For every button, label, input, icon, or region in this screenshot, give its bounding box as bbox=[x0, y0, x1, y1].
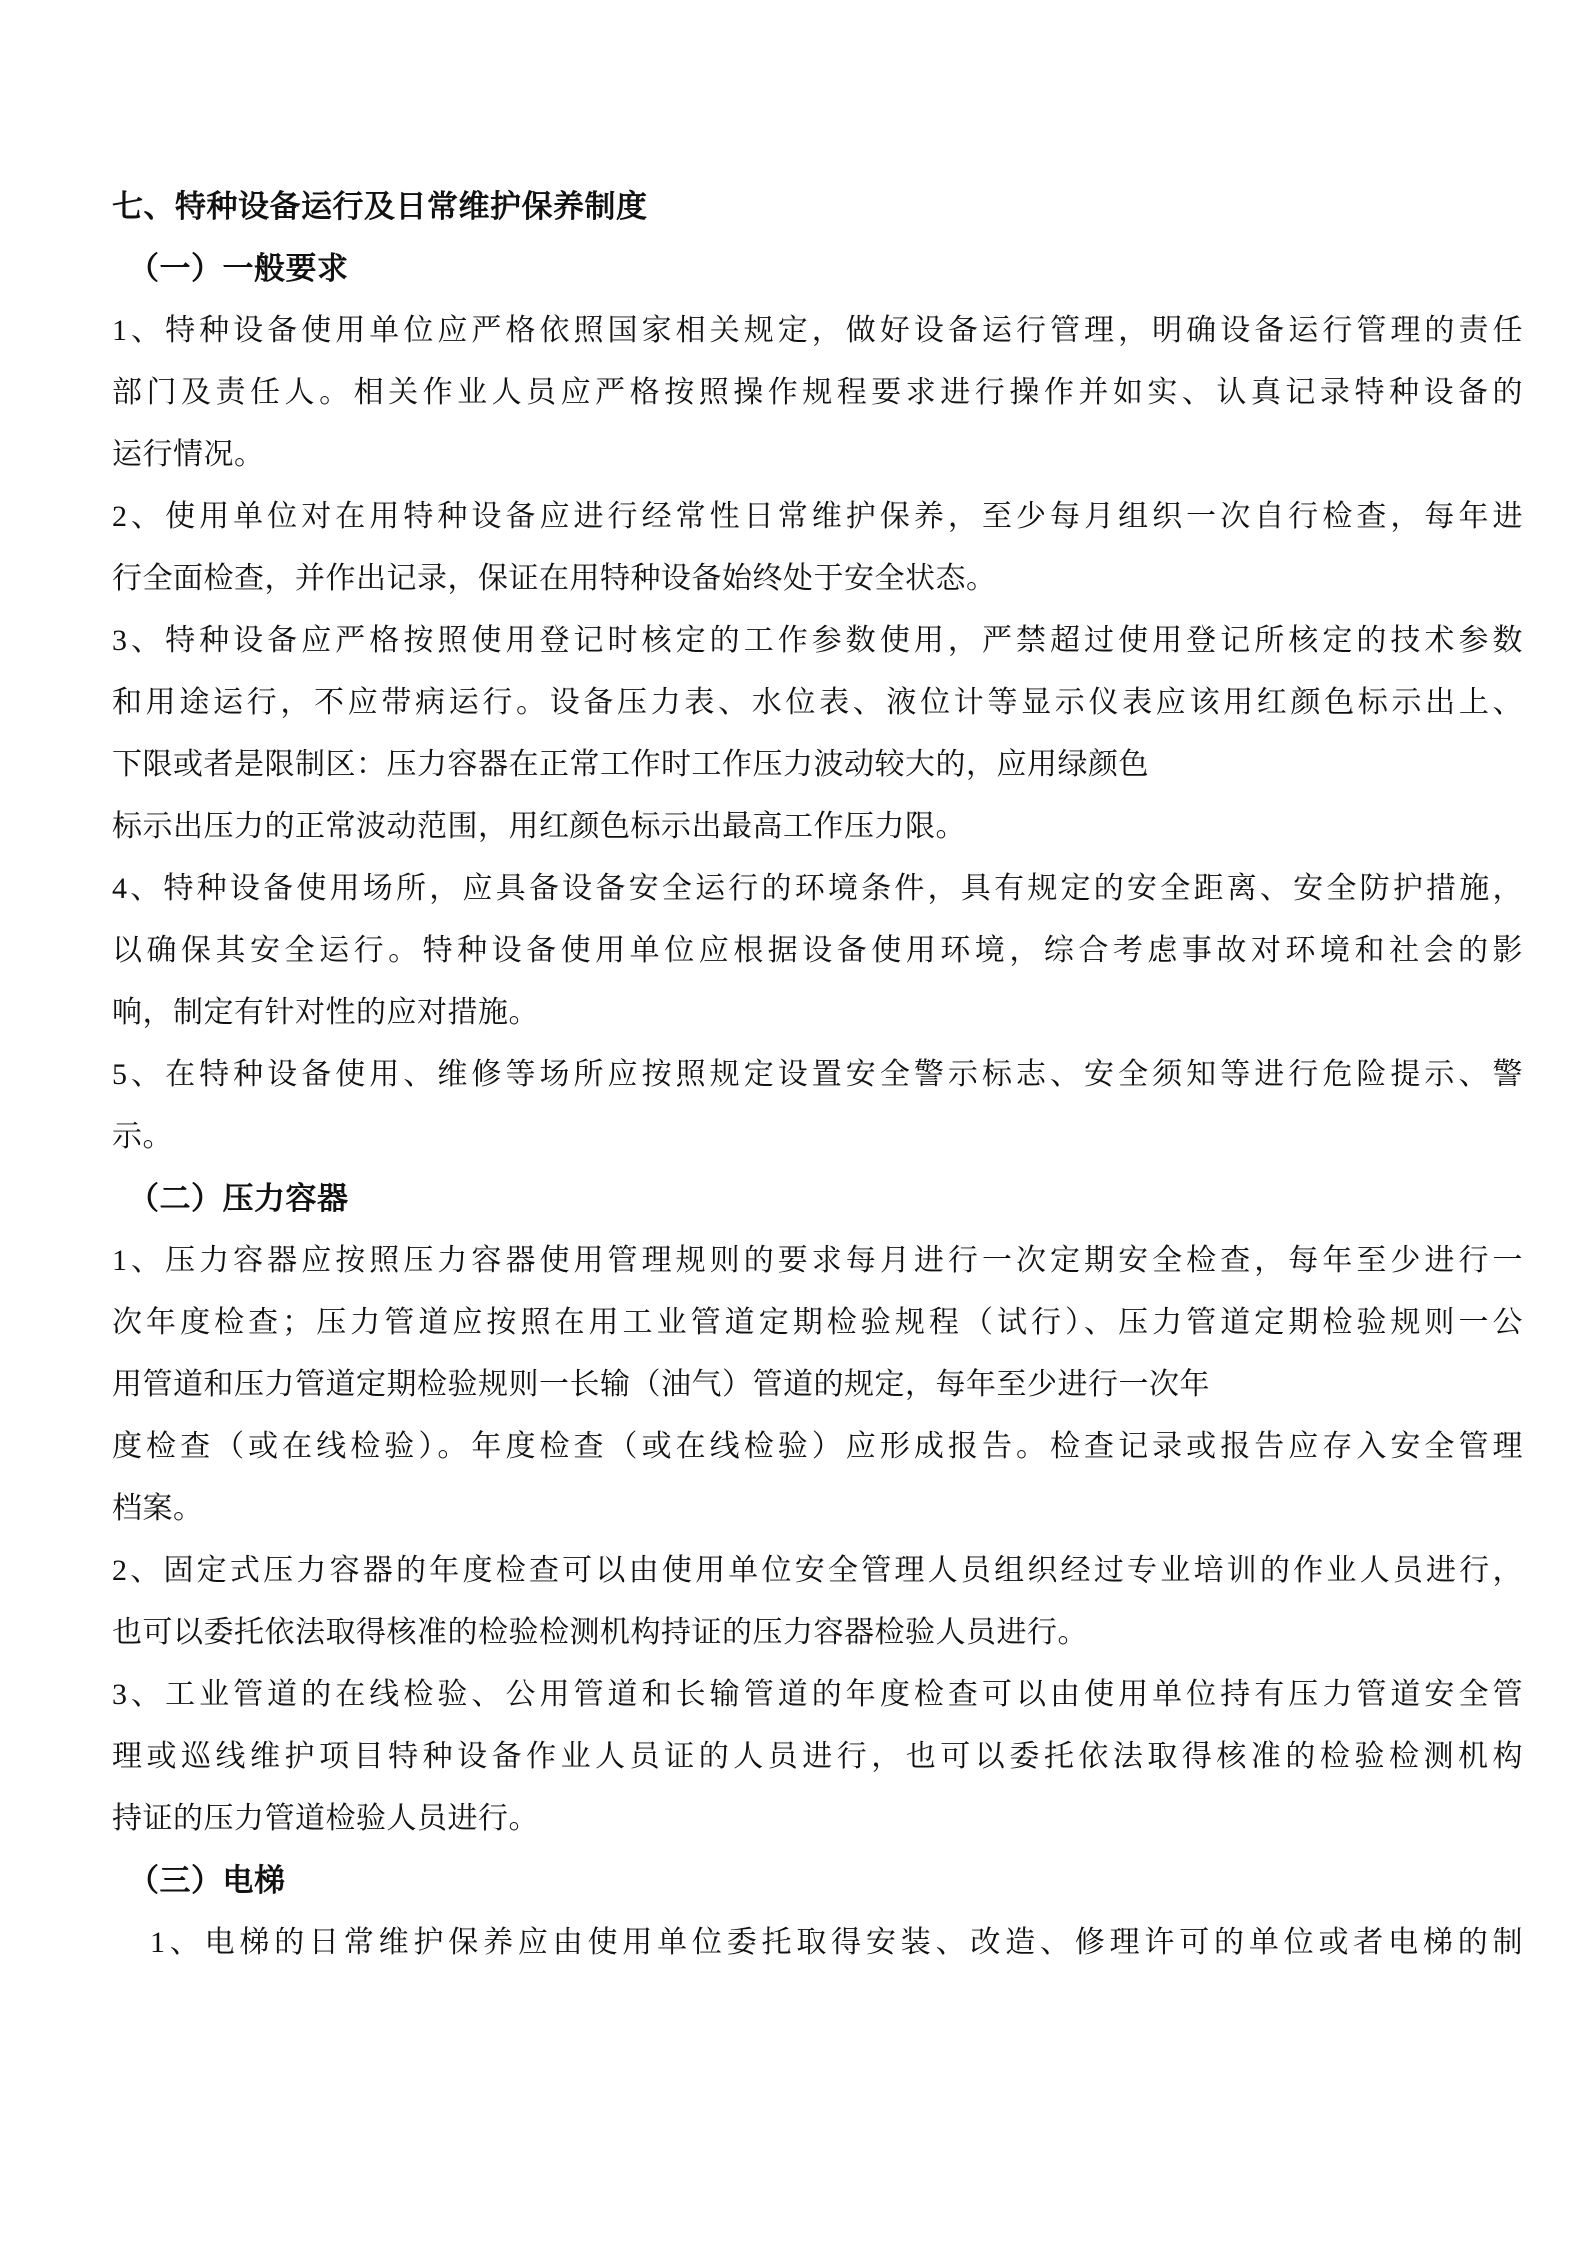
document-sections: （一）一般要求1、特种设备使用单位应严格依照国家相关规定，做好设备运行管理，明确… bbox=[112, 238, 1523, 1974]
paragraph-line: 也可以委托依法取得核准的检验检测机构持证的压力容器检验人员进行。 bbox=[112, 1602, 1523, 1664]
paragraph-line: 以确保其安全运行。特种设备使用单位应根据设备使用环境，综合考虑事故对环境和社会的… bbox=[112, 920, 1523, 982]
paragraph-line: 和用途运行，不应带病运行。设备压力表、水位表、液位计等显示仪表应该用红颜色标示出… bbox=[112, 672, 1523, 734]
paragraph-line: 行全面检查，并作出记录，保证在用特种设备始终处于安全状态。 bbox=[112, 548, 1523, 610]
paragraph-line: 1、压力容器应按照压力容器使用管理规则的要求每月进行一次定期安全检查，每年至少进… bbox=[112, 1230, 1523, 1292]
section-heading: （一）一般要求 bbox=[112, 238, 1523, 300]
paragraph-line: 2、固定式压力容器的年度检查可以由使用单位安全管理人员组织经过专业培训的作业人员… bbox=[112, 1540, 1523, 1602]
section-heading: （三）电梯 bbox=[112, 1850, 1523, 1912]
paragraph-line: 1、特种设备使用单位应严格依照国家相关规定，做好设备运行管理，明确设备运行管理的… bbox=[112, 300, 1523, 362]
paragraph-line: 度检查（或在线检验）。年度检查（或在线检验）应形成报告。检查记录或报告应存入安全… bbox=[112, 1416, 1523, 1478]
paragraph-line: 3、特种设备应严格按照使用登记时核定的工作参数使用，严禁超过使用登记所核定的技术… bbox=[112, 610, 1523, 672]
paragraph-line: 理或巡线维护项目特种设备作业人员证的人员进行，也可以委托依法取得核准的检验检测机… bbox=[112, 1726, 1523, 1788]
paragraph-line: 2、使用单位对在用特种设备应进行经常性日常维护保养，至少每月组织一次自行检查，每… bbox=[112, 486, 1523, 548]
document-page: 七、特种设备运行及日常维护保养制度 （一）一般要求1、特种设备使用单位应严格依照… bbox=[0, 0, 1587, 2245]
paragraph-line: 4、特种设备使用场所，应具备设备安全运行的环境条件，具有规定的安全距离、安全防护… bbox=[112, 858, 1523, 920]
document-title: 七、特种设备运行及日常维护保养制度 bbox=[112, 176, 1523, 238]
paragraph-line: 下限或者是限制区：压力容器在正常工作时工作压力波动较大的，应用绿颜色 bbox=[112, 734, 1523, 796]
paragraph-line: 3、工业管道的在线检验、公用管道和长输管道的年度检查可以由使用单位持有压力管道安… bbox=[112, 1664, 1523, 1726]
paragraph-line: 5、在特种设备使用、维修等场所应按照规定设置安全警示标志、安全须知等进行危险提示… bbox=[112, 1044, 1523, 1106]
section-heading: （二）压力容器 bbox=[112, 1168, 1523, 1230]
document-content: 七、特种设备运行及日常维护保养制度 （一）一般要求1、特种设备使用单位应严格依照… bbox=[112, 176, 1523, 1974]
paragraph-line: 部门及责任人。相关作业人员应严格按照操作规程要求进行操作并如实、认真记录特种设备… bbox=[112, 362, 1523, 424]
paragraph-line: 标示出压力的正常波动范围，用红颜色标示出最高工作压力限。 bbox=[112, 796, 1523, 858]
paragraph-line: 响，制定有针对性的应对措施。 bbox=[112, 982, 1523, 1044]
paragraph-line: 示。 bbox=[112, 1106, 1523, 1168]
paragraph-line: 运行情况。 bbox=[112, 424, 1523, 486]
paragraph-line: 用管道和压力管道定期检验规则一长输（油气）管道的规定，每年至少进行一次年 bbox=[112, 1354, 1523, 1416]
paragraph-line: 档案。 bbox=[112, 1478, 1523, 1540]
paragraph-line: 次年度检查；压力管道应按照在用工业管道定期检验规程（试行）、压力管道定期检验规则… bbox=[112, 1292, 1523, 1354]
paragraph-line: 持证的压力管道检验人员进行。 bbox=[112, 1788, 1523, 1850]
paragraph-line: 1、电梯的日常维护保养应由使用单位委托取得安装、改造、修理许可的单位或者电梯的制 bbox=[112, 1912, 1523, 1974]
